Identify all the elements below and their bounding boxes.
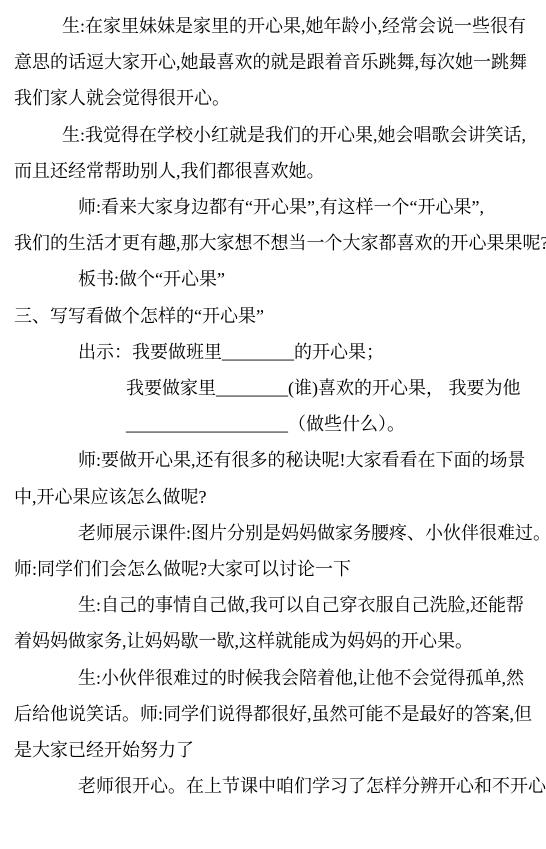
text-line: 老师展示课件:图片分别是妈妈做家务腰疼、小伙伴很难过。 — [14, 515, 534, 551]
text-line: 生:小伙伴很难过的时候我会陪着他,让他不会觉得孤单,然 — [14, 660, 534, 696]
text-line: 生:自己的事情自己做,我可以自己穿衣服自己洗脸,还能帮 — [14, 587, 534, 623]
student-dialogue: 生:小伙伴很难过的时候我会陪着他,让他不会觉得孤单,然后给他说笑话。师:同学们说… — [14, 660, 534, 769]
fill-in-prompt: 出示：我要做班里________的开心果； — [14, 334, 534, 370]
narration: 老师展示课件:图片分别是妈妈做家务腰疼、小伙伴很难过。师:同学们们会怎么做呢?大… — [14, 515, 534, 587]
student-dialogue: 生:在家里妹妹是家里的开心果,她年龄小,经常会说一些很有意思的话逗大家开心,她最… — [14, 8, 534, 117]
text-line: 我们的生活才更有趣,那大家想不想当一个大家都喜欢的开心果果呢? — [14, 225, 534, 261]
text-line: 师:同学们们会怎么做呢?大家可以讨论一下 — [14, 551, 534, 587]
text-line: 三、写写看做个怎样的“开心果” — [14, 298, 534, 334]
teacher-dialogue: 师:要做开心果,还有很多的秘诀呢!大家看看在下面的场景中,开心果应该怎么做呢? — [14, 442, 534, 514]
text-line: 生:我觉得在学校小红就是我们的开心果,她会唱歌会讲笑话, — [14, 117, 534, 153]
narration: 老师很开心。在上节课中咱们学习了怎样分辨开心和不开心 — [14, 768, 534, 804]
text-line: 而且还经常帮助别人,我们都很喜欢她。 — [14, 153, 534, 189]
fill-in-prompt: 我要做家里________(谁)喜欢的开心果， 我要为他 — [14, 370, 534, 406]
section-heading: 三、写写看做个怎样的“开心果” — [14, 298, 534, 334]
teacher-dialogue: 师:看来大家身边都有“开心果”,有这样一个“开心果”,我们的生活才更有趣,那大家… — [14, 189, 534, 261]
text-line: 出示：我要做班里________的开心果； — [14, 334, 534, 370]
text-line: 中,开心果应该怎么做呢? — [14, 479, 534, 515]
text-line: 后给他说笑话。师:同学们说得都很好,虽然可能不是最好的答案,但 — [14, 696, 534, 732]
student-dialogue: 生:我觉得在学校小红就是我们的开心果,她会唱歌会讲笑话,而且还经常帮助别人,我们… — [14, 117, 534, 189]
text-line: 意思的话逗大家开心,她最喜欢的就是跟着音乐跳舞,每次她一跳舞 — [14, 44, 534, 80]
board-note: 板书:做个“开心果” — [14, 261, 534, 297]
text-line: 师:看来大家身边都有“开心果”,有这样一个“开心果”, — [14, 189, 534, 225]
student-dialogue: 生:自己的事情自己做,我可以自己穿衣服自己洗脸,还能帮着妈妈做家务,让妈妈歇一歇… — [14, 587, 534, 659]
text-line: 我们家人就会觉得很开心。 — [14, 80, 534, 116]
text-line: 板书:做个“开心果” — [14, 261, 534, 297]
text-line: 老师很开心。在上节课中咱们学习了怎样分辨开心和不开心 — [14, 768, 534, 804]
text-line: 是大家已经开始努力了 — [14, 732, 534, 768]
text-line: 我要做家里________(谁)喜欢的开心果， 我要为他 — [14, 370, 534, 406]
document-body: 生:在家里妹妹是家里的开心果,她年龄小,经常会说一些很有意思的话逗大家开心,她最… — [14, 8, 534, 804]
text-line: 生:在家里妹妹是家里的开心果,她年龄小,经常会说一些很有 — [14, 8, 534, 44]
text-line: 师:要做开心果,还有很多的秘诀呢!大家看看在下面的场景 — [14, 442, 534, 478]
lesson-plan-document: 生:在家里妹妹是家里的开心果,她年龄小,经常会说一些很有意思的话逗大家开心,她最… — [0, 0, 546, 849]
text-line: 着妈妈做家务,让妈妈歇一歇,这样就能成为妈妈的开心果。 — [14, 623, 534, 659]
text-line: __________________（做些什么）。 — [14, 406, 534, 442]
fill-in-prompt: __________________（做些什么）。 — [14, 406, 534, 442]
